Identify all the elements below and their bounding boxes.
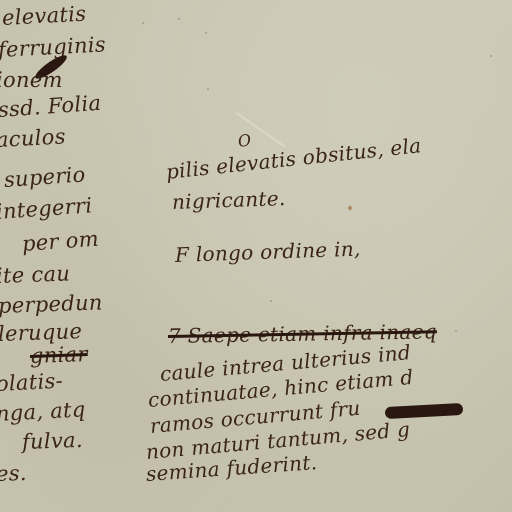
left-line: integerri (0, 193, 93, 224)
paper-speck (455, 330, 457, 332)
paper-speck (205, 32, 207, 34)
left-line: per om (21, 227, 99, 256)
text-line: nigricante. (172, 186, 286, 214)
paper-speck (142, 22, 144, 24)
left-line: nga, atq (0, 397, 86, 426)
left-line: superio (3, 162, 86, 192)
left-line: ssd. Folia (0, 91, 102, 122)
left-line-struck: gniar (30, 342, 89, 368)
paper-speck (490, 55, 492, 57)
left-line: ionem (0, 68, 63, 92)
left-line: aculos (0, 124, 66, 152)
paper-speck (270, 300, 272, 302)
paper-stain (347, 205, 353, 211)
left-line: es. (0, 461, 27, 486)
paper-speck (178, 18, 180, 20)
paper-speck (207, 88, 209, 90)
left-line: ferruginis (0, 32, 106, 62)
ink-blot (385, 403, 464, 419)
left-line: fulva. (22, 428, 84, 454)
left-line: perpedun (0, 290, 103, 318)
manuscript-page: elevatis ferruginis ionem ssd. Folia acu… (0, 0, 512, 512)
marginal-mark: O (237, 130, 253, 151)
left-line: ite cau (0, 261, 71, 288)
left-line: elevatis (1, 2, 86, 30)
left-line: olatis- (0, 369, 64, 396)
text-line: F longo ordine in, (175, 237, 361, 267)
text-line: pilis elevatis obsitus, ela (165, 133, 423, 184)
